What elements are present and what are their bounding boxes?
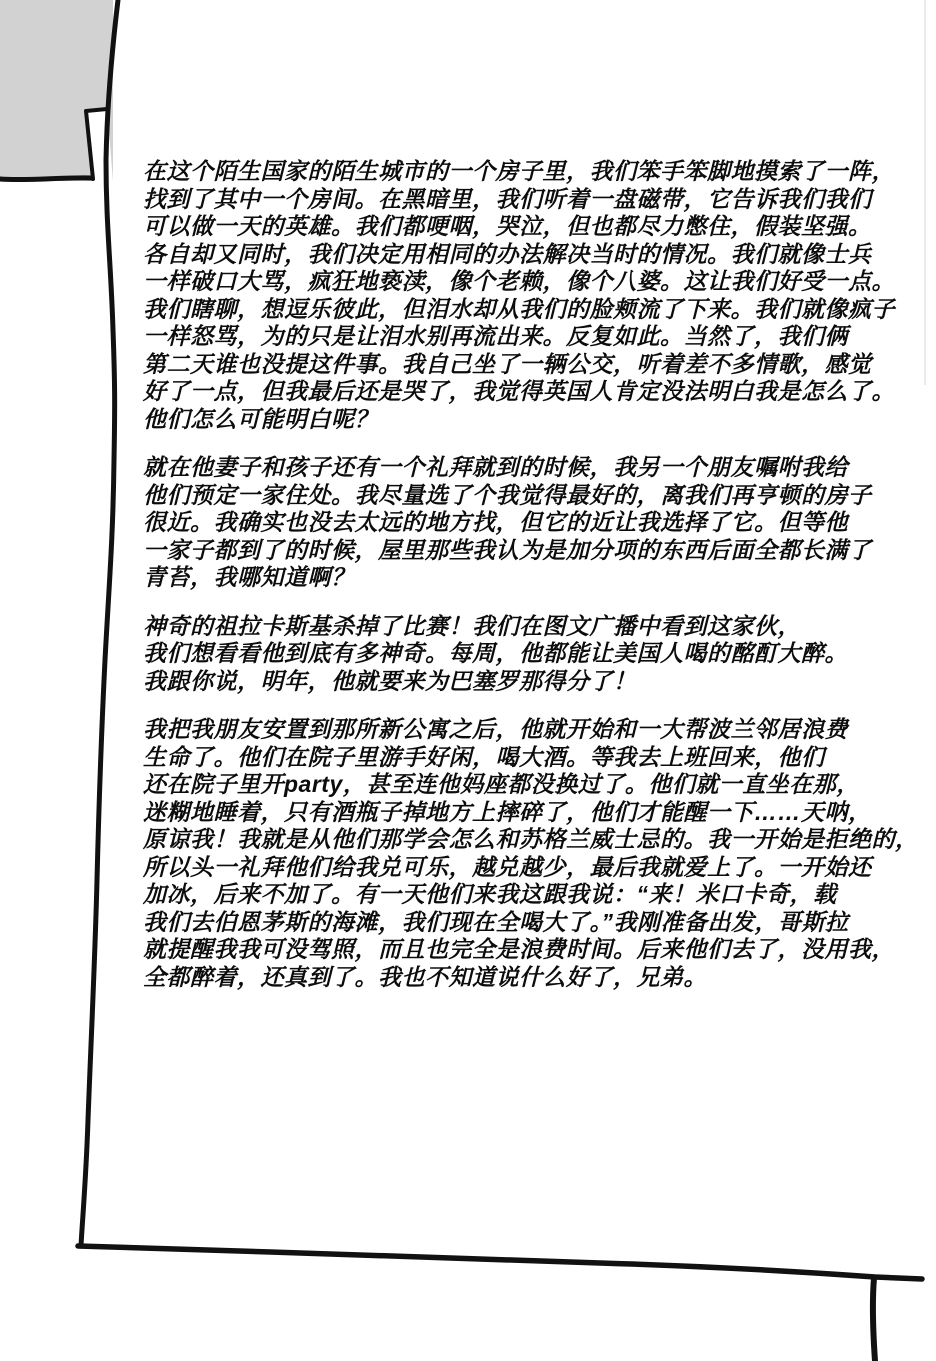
- paragraph-2: 就在他妻子和孩子还有一个礼拜就到的时候，我另一个朋友嘱咐我给 他们预定一家住处。…: [143, 454, 921, 592]
- scan-edge-artifact: [924, 0, 926, 385]
- paragraph-3: 神奇的祖拉卡斯基杀掉了比赛！我们在图文广播中看到这家伙， 我们想看看他到底有多神…: [143, 613, 921, 696]
- paragraph-4: 我把我朋友安置到那所新公寓之后，他就开始和一大帮波兰邻居浪费 生命了。他们在院子…: [143, 716, 921, 991]
- paragraph-1: 在这个陌生国家的陌生城市的一个房子里，我们笨手笨脚地摸索了一阵， 找到了其中一个…: [143, 158, 921, 433]
- adjacent-panel-gray-corner: [0, 0, 113, 181]
- bottom-right-vertical-border-line: [873, 1278, 875, 1361]
- comic-page: 在这个陌生国家的陌生城市的一个房子里，我们笨手笨脚地摸索了一阵， 找到了其中一个…: [0, 0, 936, 1361]
- left-panel-border-line: [81, 0, 118, 1246]
- text-column: 在这个陌生国家的陌生城市的一个房子里，我们笨手笨脚地摸索了一阵， 找到了其中一个…: [143, 158, 921, 1012]
- bottom-panel-border-line: [78, 1246, 922, 1279]
